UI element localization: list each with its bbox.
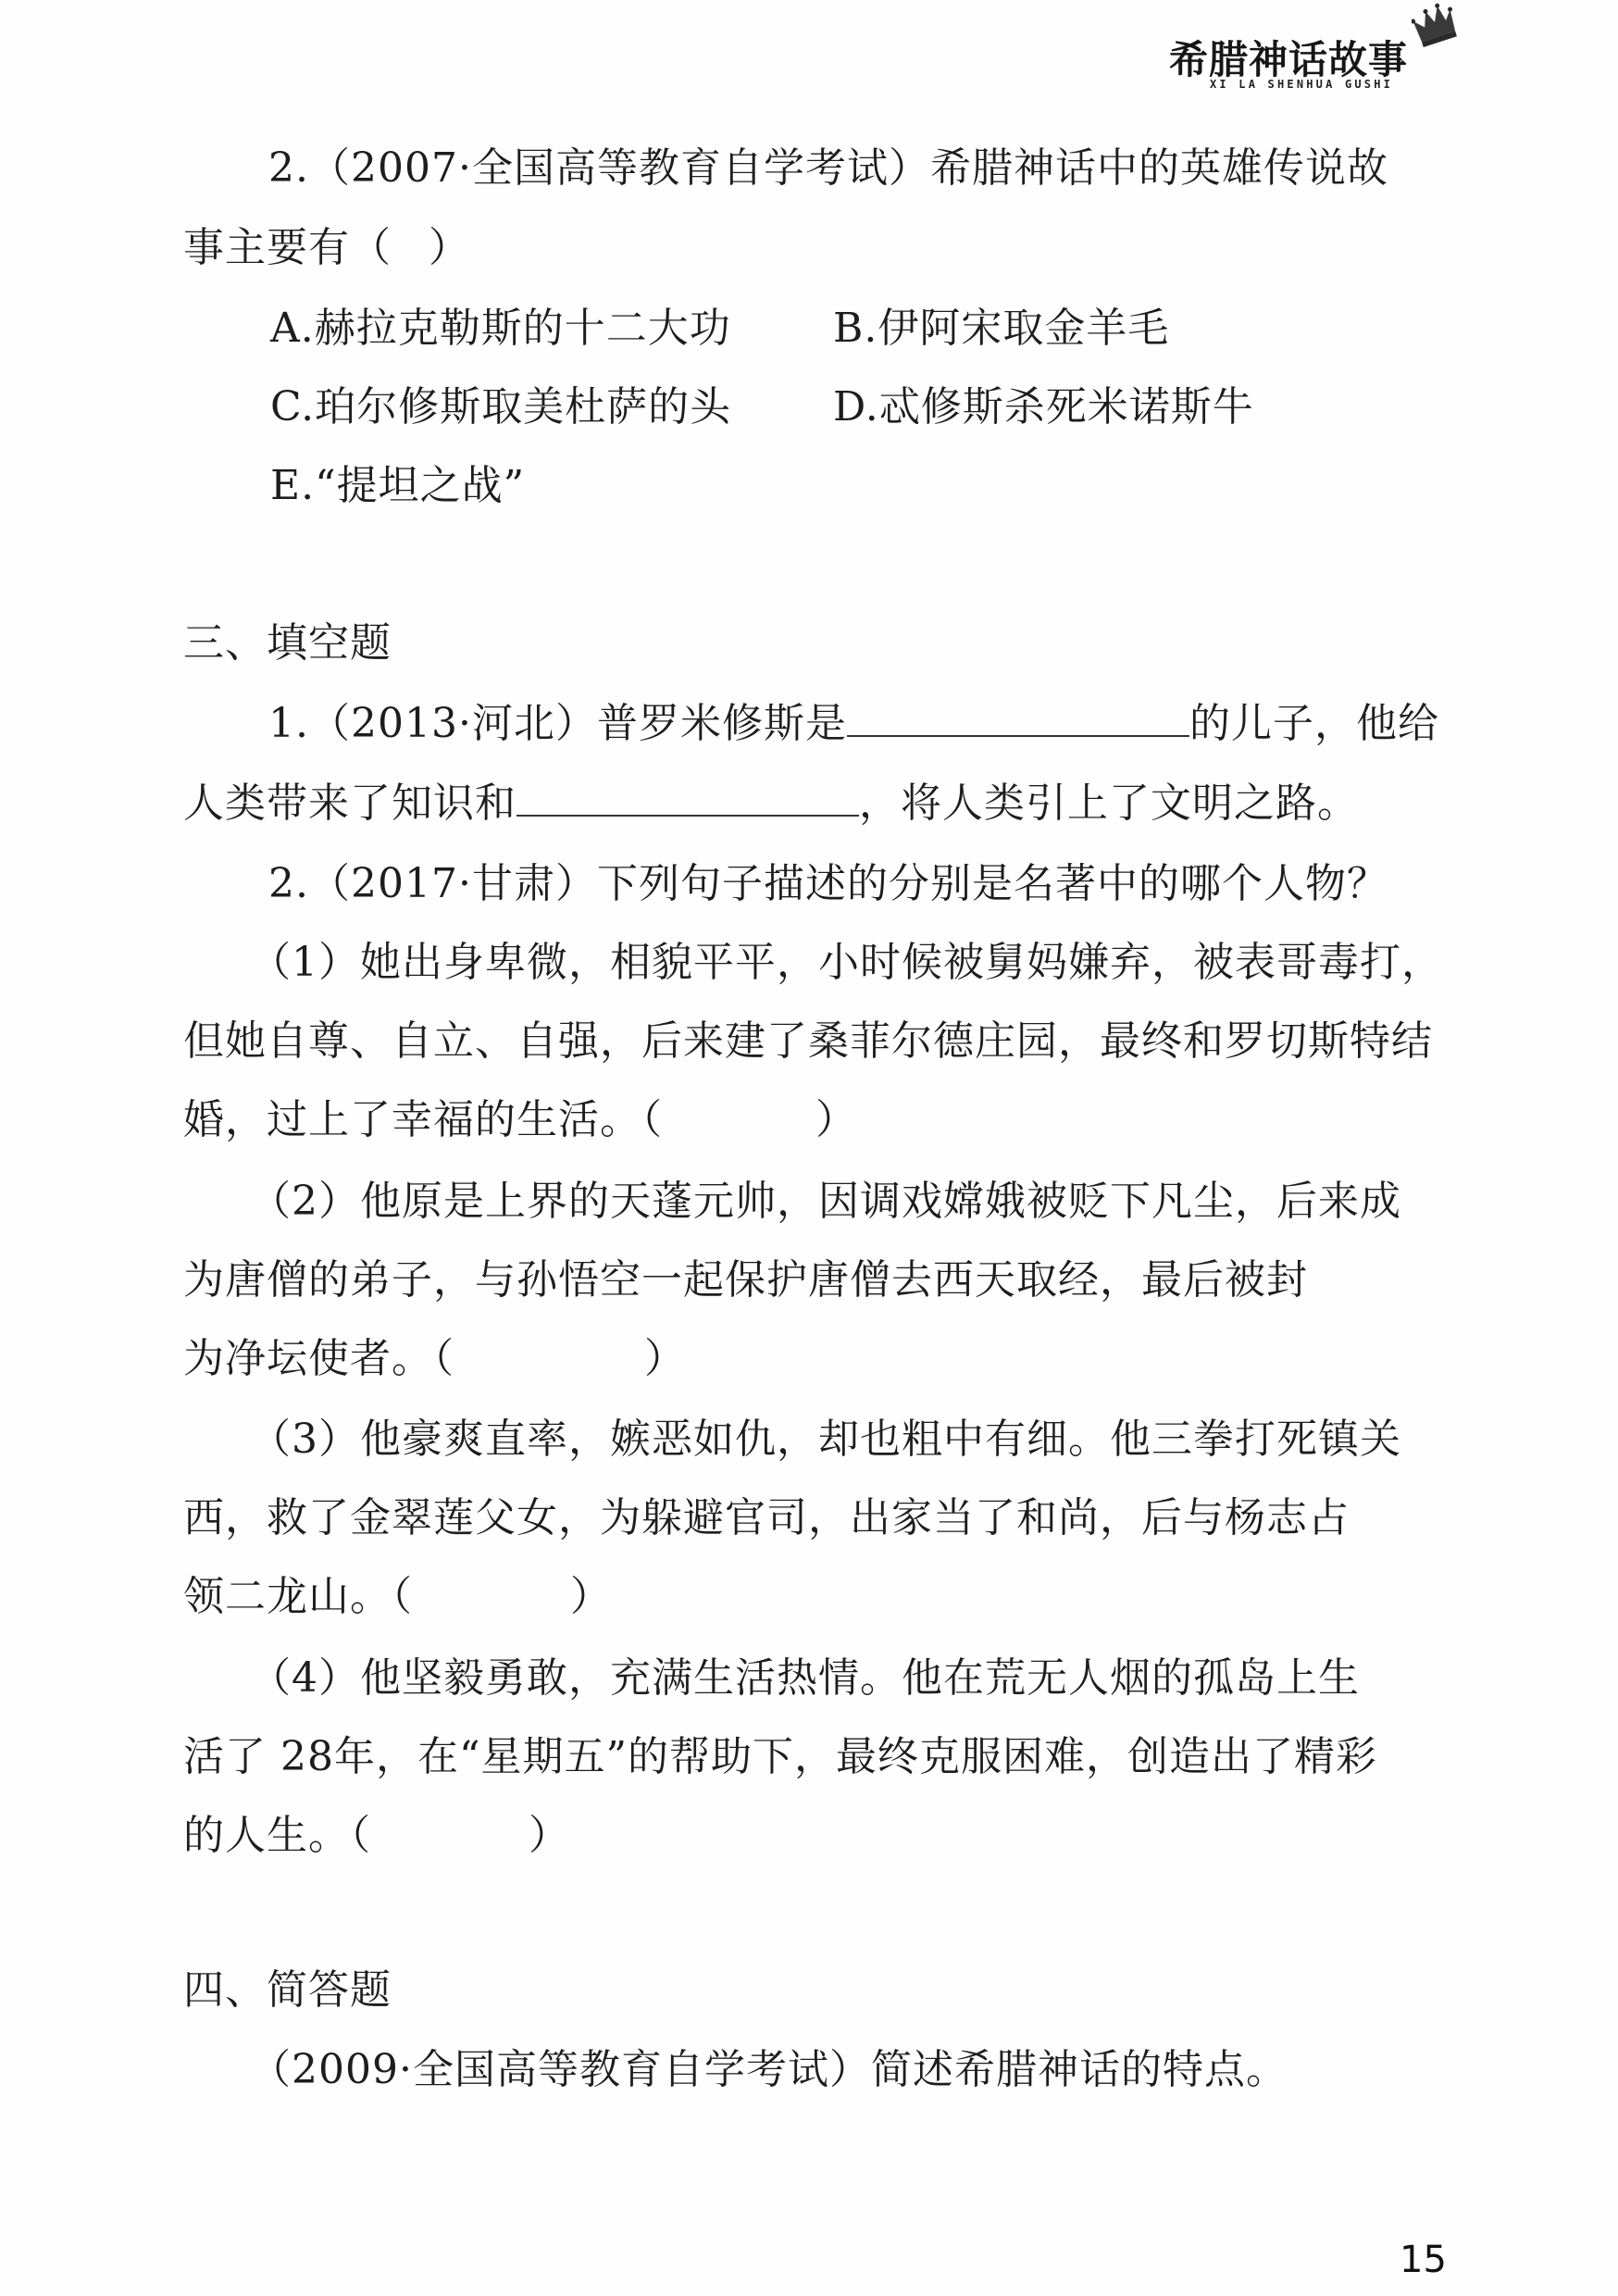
- item-1-text: 婚，过上了幸福的生活。（: [183, 1096, 663, 1143]
- question-2-line-1: 2.（2007·全国高等教育自学考试）希腊神话中的英雄传说故: [268, 143, 1388, 194]
- fill-q2-item-2-line-2: 为唐僧的弟子，与孙悟空一起保护唐僧去西天取经，最后被封: [183, 1254, 1308, 1306]
- item-4-text: 的人生。（: [183, 1812, 371, 1859]
- question-2-text: 事主要有（: [183, 224, 392, 271]
- blank-field-2[interactable]: [517, 778, 859, 817]
- question-2-line-2: 事主要有（）: [183, 222, 470, 274]
- fill-q1-text-b: 的儿子，他给: [1189, 700, 1439, 747]
- option-c: C.珀尔修斯取美杜萨的头: [270, 381, 731, 433]
- fill-q2-item-1-line-1: （1）她出身卑微，相貌平平，小时候被舅妈嫌弃，被表哥毒打，: [250, 937, 1443, 989]
- fill-q2-item-3-line-2: 西，救了金翠莲父女，为躲避官司，出家当了和尚，后与杨志占: [183, 1492, 1350, 1544]
- book-title-pinyin: XI LA SHENHUA GUSHI: [1210, 78, 1393, 91]
- blank-field-1[interactable]: [847, 698, 1189, 737]
- document-page: 希腊神话故事 XI LA SHENHUA GUSHI 2.（2007·全国高等教…: [0, 0, 1618, 2296]
- item-3-text: 领二龙山。（: [183, 1573, 413, 1620]
- fill-q1-text-d: ，将人类引上了文明之路。: [859, 780, 1359, 827]
- fill-q2-item-2-line-3: 为净坛使者。（）: [183, 1333, 686, 1385]
- close-paren: ）: [529, 1812, 570, 1859]
- close-paren: ）: [429, 224, 470, 271]
- close-paren: ）: [644, 1335, 686, 1382]
- close-paren: ）: [815, 1096, 857, 1143]
- option-d: D.忒修斯杀死米诺斯牛: [833, 381, 1254, 433]
- option-a: A.赫拉克勒斯的十二大功: [270, 303, 731, 355]
- fill-q2-item-1-line-2: 但她自尊、自立、自强，后来建了桑菲尔德庄园，最终和罗切斯特结: [183, 1016, 1433, 1067]
- item-2-text: 为净坛使者。（: [183, 1335, 454, 1382]
- fill-q2-item-4-line-1: （4）他坚毅勇敢，充满生活热情。他在荒无人烟的孤岛上生: [250, 1653, 1360, 1704]
- short-answer-q1: （2009·全国高等教育自学考试）简述希腊神话的特点。: [250, 2044, 1288, 2096]
- section-heading-fill-blank: 三、填空题: [183, 618, 392, 669]
- option-e: E.“提坦之战”: [270, 460, 525, 512]
- fill-q2-item-3-line-3: 领二龙山。（）: [183, 1571, 612, 1623]
- fill-q2-item-2-line-1: （2）他原是上界的天蓬元帅，因调戏嫦娥被贬下凡尘，后来成: [250, 1176, 1401, 1228]
- page-number: 15: [1400, 2239, 1447, 2281]
- fill-q2-item-4-line-2: 活了 28年，在“星期五”的帮助下，最终克服困难，创造出了精彩: [183, 1731, 1377, 1783]
- section-heading-short-answer: 四、简答题: [183, 1965, 392, 2016]
- crown-icon: [1412, 2, 1458, 48]
- close-paren: ）: [570, 1573, 612, 1620]
- running-header: 希腊神话故事 XI LA SHENHUA GUSHI: [1162, 28, 1467, 102]
- fill-q1-text-a: 1.（2013·河北）普罗米修斯是: [268, 700, 847, 747]
- fill-q2-prompt: 2.（2017·甘肃）下列句子描述的分别是名著中的哪个人物？: [268, 858, 1388, 910]
- fill-q1-text-c: 人类带来了知识和: [183, 780, 517, 827]
- fill-q1-line-1: 1.（2013·河北）普罗米修斯是的儿子，他给: [268, 698, 1439, 750]
- fill-q2-item-3-line-1: （3）他豪爽直率，嫉恶如仇，却也粗中有细。他三拳打死镇关: [250, 1414, 1401, 1466]
- book-title: 希腊神话故事: [1169, 30, 1408, 85]
- fill-q2-item-1-line-3: 婚，过上了幸福的生活。（）: [183, 1094, 857, 1146]
- fill-q1-line-2: 人类带来了知识和，将人类引上了文明之路。: [183, 778, 1359, 830]
- fill-q2-item-4-line-3: 的人生。（）: [183, 1810, 570, 1862]
- option-b: B.伊阿宋取金羊毛: [833, 303, 1169, 355]
